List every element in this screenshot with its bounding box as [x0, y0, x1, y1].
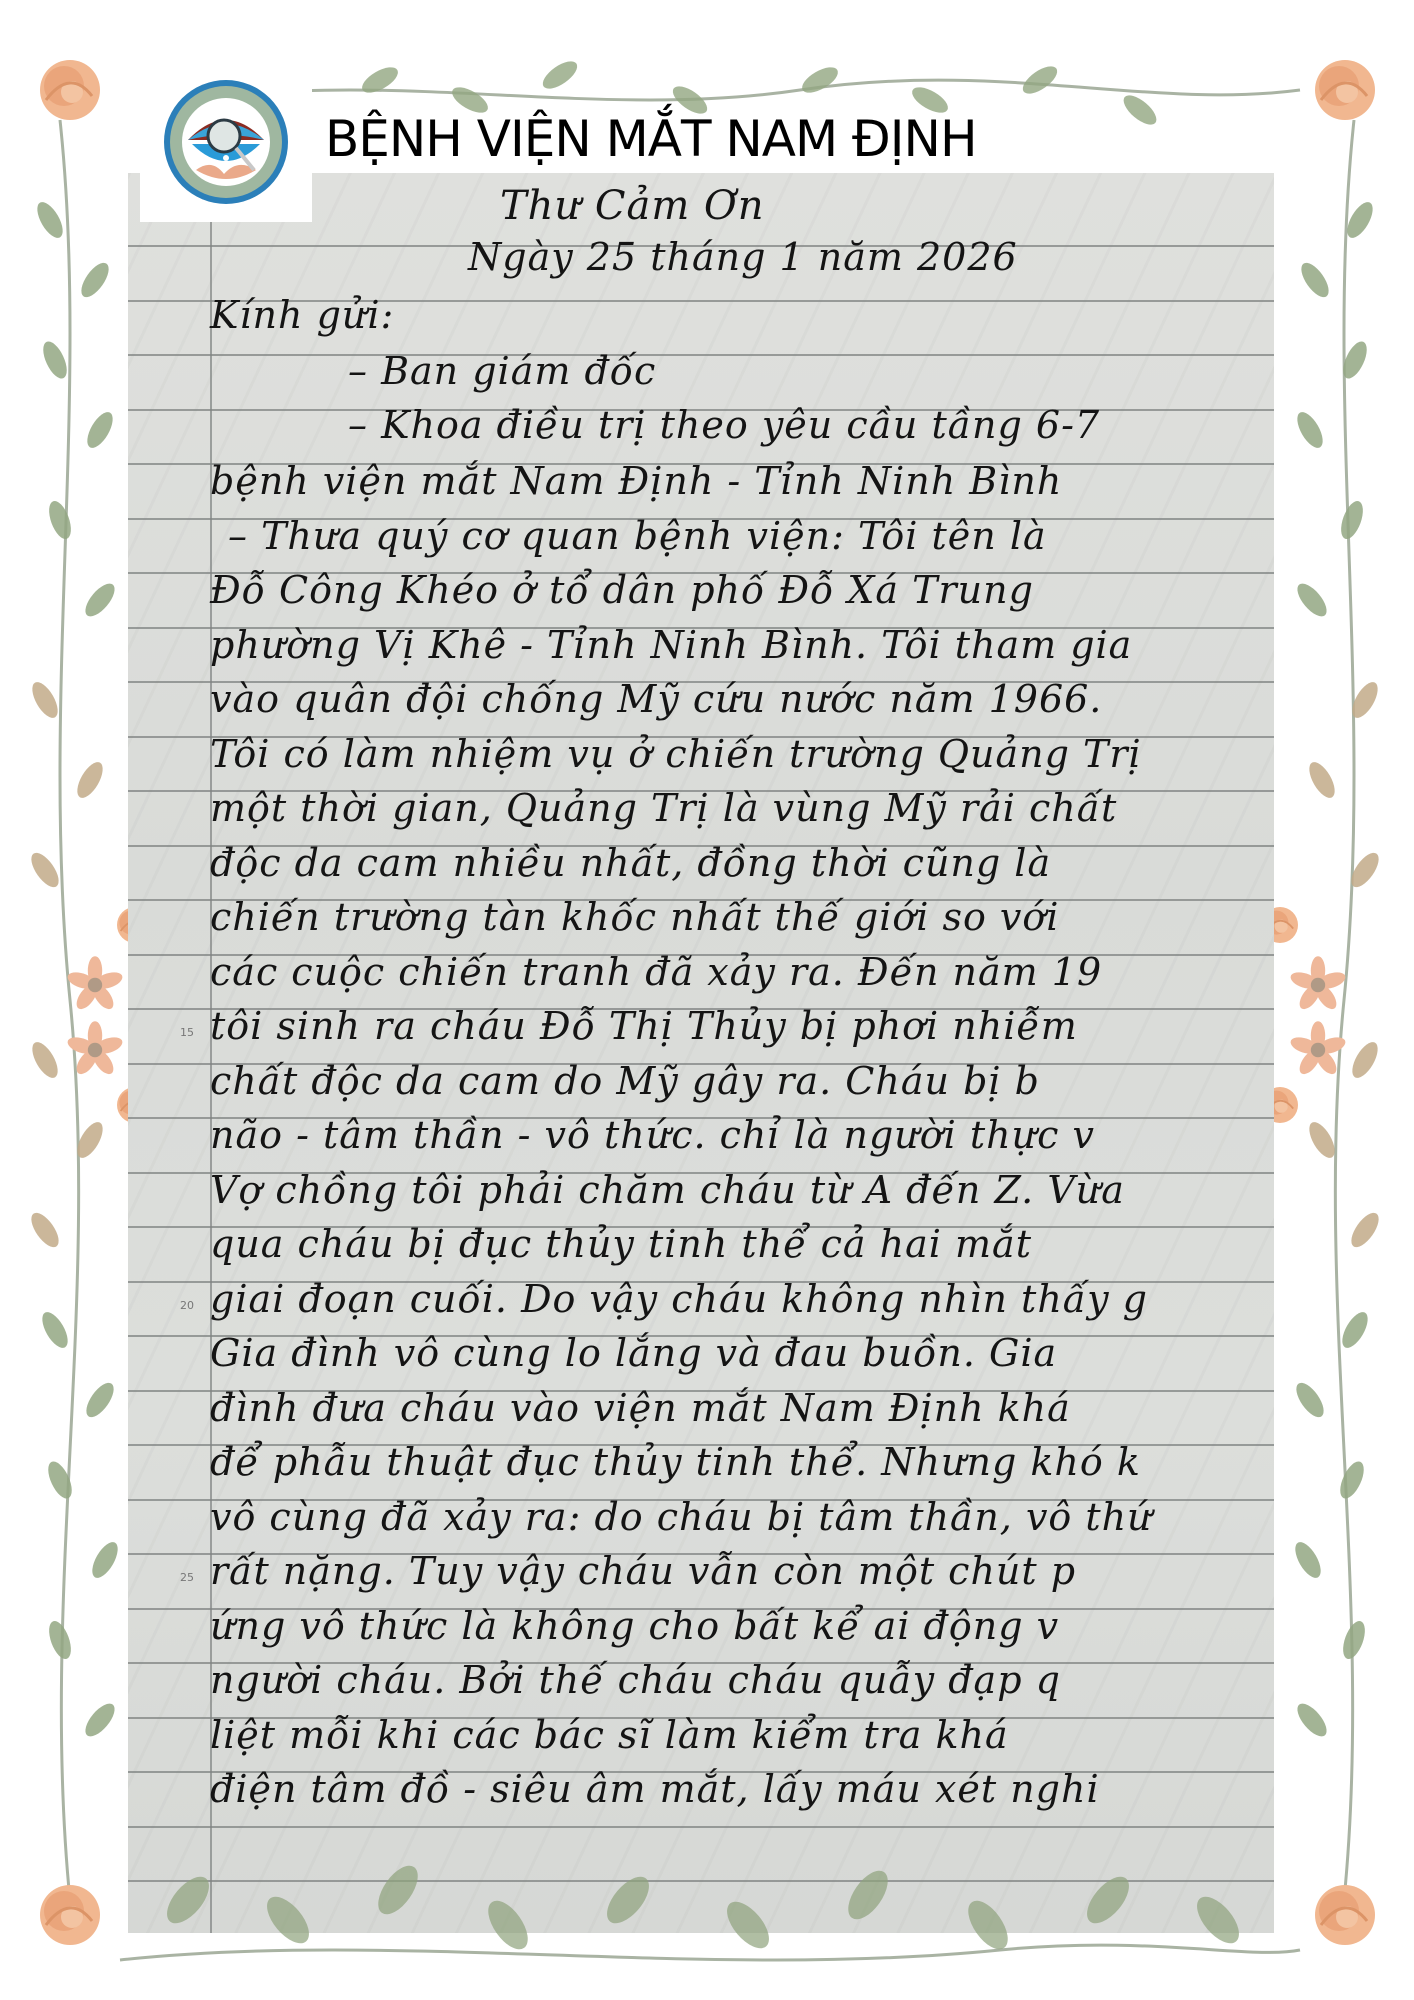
- letter-line: giai đoạn cuối. Do vậy cháu không nhìn t…: [210, 1277, 1148, 1321]
- handwritten-letter-photo: 152025 Thư Cảm Ơn Ngày 25 tháng 1 năm 20…: [128, 173, 1274, 1933]
- letter-line: chiến trường tàn khốc nhất thế giới so v…: [210, 895, 1059, 939]
- ruled-line: [128, 354, 1274, 356]
- letter-line: Gia đình vô cùng lo lắng và đau buồn. Gi…: [210, 1331, 1057, 1375]
- margin-line-number: 15: [180, 1026, 194, 1039]
- letter-line: bệnh viện mắt Nam Định - Tỉnh Ninh Bình: [210, 459, 1062, 503]
- recipient-2: – Khoa điều trị theo yêu cầu tầng 6-7: [348, 403, 1100, 447]
- letter-line: điện tâm đồ - siêu âm mắt, lấy máu xét n…: [210, 1767, 1100, 1811]
- letter-line: vô cùng đã xảy ra: do cháu bị tâm thần, …: [210, 1495, 1153, 1539]
- letter-line: Tôi có làm nhiệm vụ ở chiến trường Quảng…: [210, 732, 1142, 776]
- ruled-line: [128, 1880, 1274, 1882]
- ruled-line: [128, 1826, 1274, 1828]
- letter-line: vào quân đội chống Mỹ cứu nước năm 1966.: [210, 677, 1102, 721]
- letter-line: não - tâm thần - vô thức. chỉ là người t…: [210, 1113, 1095, 1157]
- letter-line: một thời gian, Quảng Trị là vùng Mỹ rải …: [210, 786, 1117, 830]
- letter-line: liệt mỗi khi các bác sĩ làm kiểm tra khá: [210, 1713, 1009, 1757]
- letter-line: Vợ chồng tôi phải chăm cháu từ A đến Z. …: [210, 1168, 1125, 1212]
- margin-line-number: 20: [180, 1299, 194, 1312]
- letter-greeting: Kính gửi:: [210, 293, 394, 337]
- letter-line: Đỗ Công Khéo ở tổ dân phố Đỗ Xá Trung: [210, 568, 1034, 612]
- letter-line: đình đưa cháu vào viện mắt Nam Định khá: [210, 1386, 1071, 1430]
- hospital-eye-logo-icon: [162, 78, 290, 206]
- letter-line: chất độc da cam do Mỹ gây ra. Cháu bị b: [210, 1059, 1040, 1103]
- letter-line: các cuộc chiến tranh đã xảy ra. Đến năm …: [210, 950, 1102, 994]
- hospital-name-header: BỆNH VIỆN MẮT NAM ĐỊNH: [325, 110, 977, 168]
- recipient-1: – Ban giám đốc: [348, 349, 656, 393]
- letter-line: – Thưa quý cơ quan bệnh viện: Tôi tên là: [228, 514, 1047, 558]
- letter-line: ứng vô thức là không cho bất kể ai động …: [210, 1604, 1059, 1648]
- letter-title: Thư Cảm Ơn: [500, 183, 765, 229]
- letter-line: phường Vị Khê - Tỉnh Ninh Bình. Tôi tham…: [210, 623, 1132, 667]
- margin-line-number: 25: [180, 1571, 194, 1584]
- letter-line: người cháu. Bởi thế cháu cháu quẫy đạp q: [210, 1658, 1061, 1702]
- letter-line: độc da cam nhiều nhất, đồng thời cũng là: [210, 841, 1051, 885]
- letter-date: Ngày 25 tháng 1 năm 2026: [468, 235, 1018, 279]
- letter-line: rất nặng. Tuy vậy cháu vẫn còn một chút …: [210, 1549, 1076, 1593]
- letter-line: qua cháu bị đục thủy tinh thể cả hai mắt: [210, 1222, 1032, 1266]
- letter-line: tôi sinh ra cháu Đỗ Thị Thủy bị phơi nhi…: [210, 1004, 1078, 1048]
- letter-line: để phẫu thuật đục thủy tinh thể. Nhưng k…: [210, 1440, 1141, 1484]
